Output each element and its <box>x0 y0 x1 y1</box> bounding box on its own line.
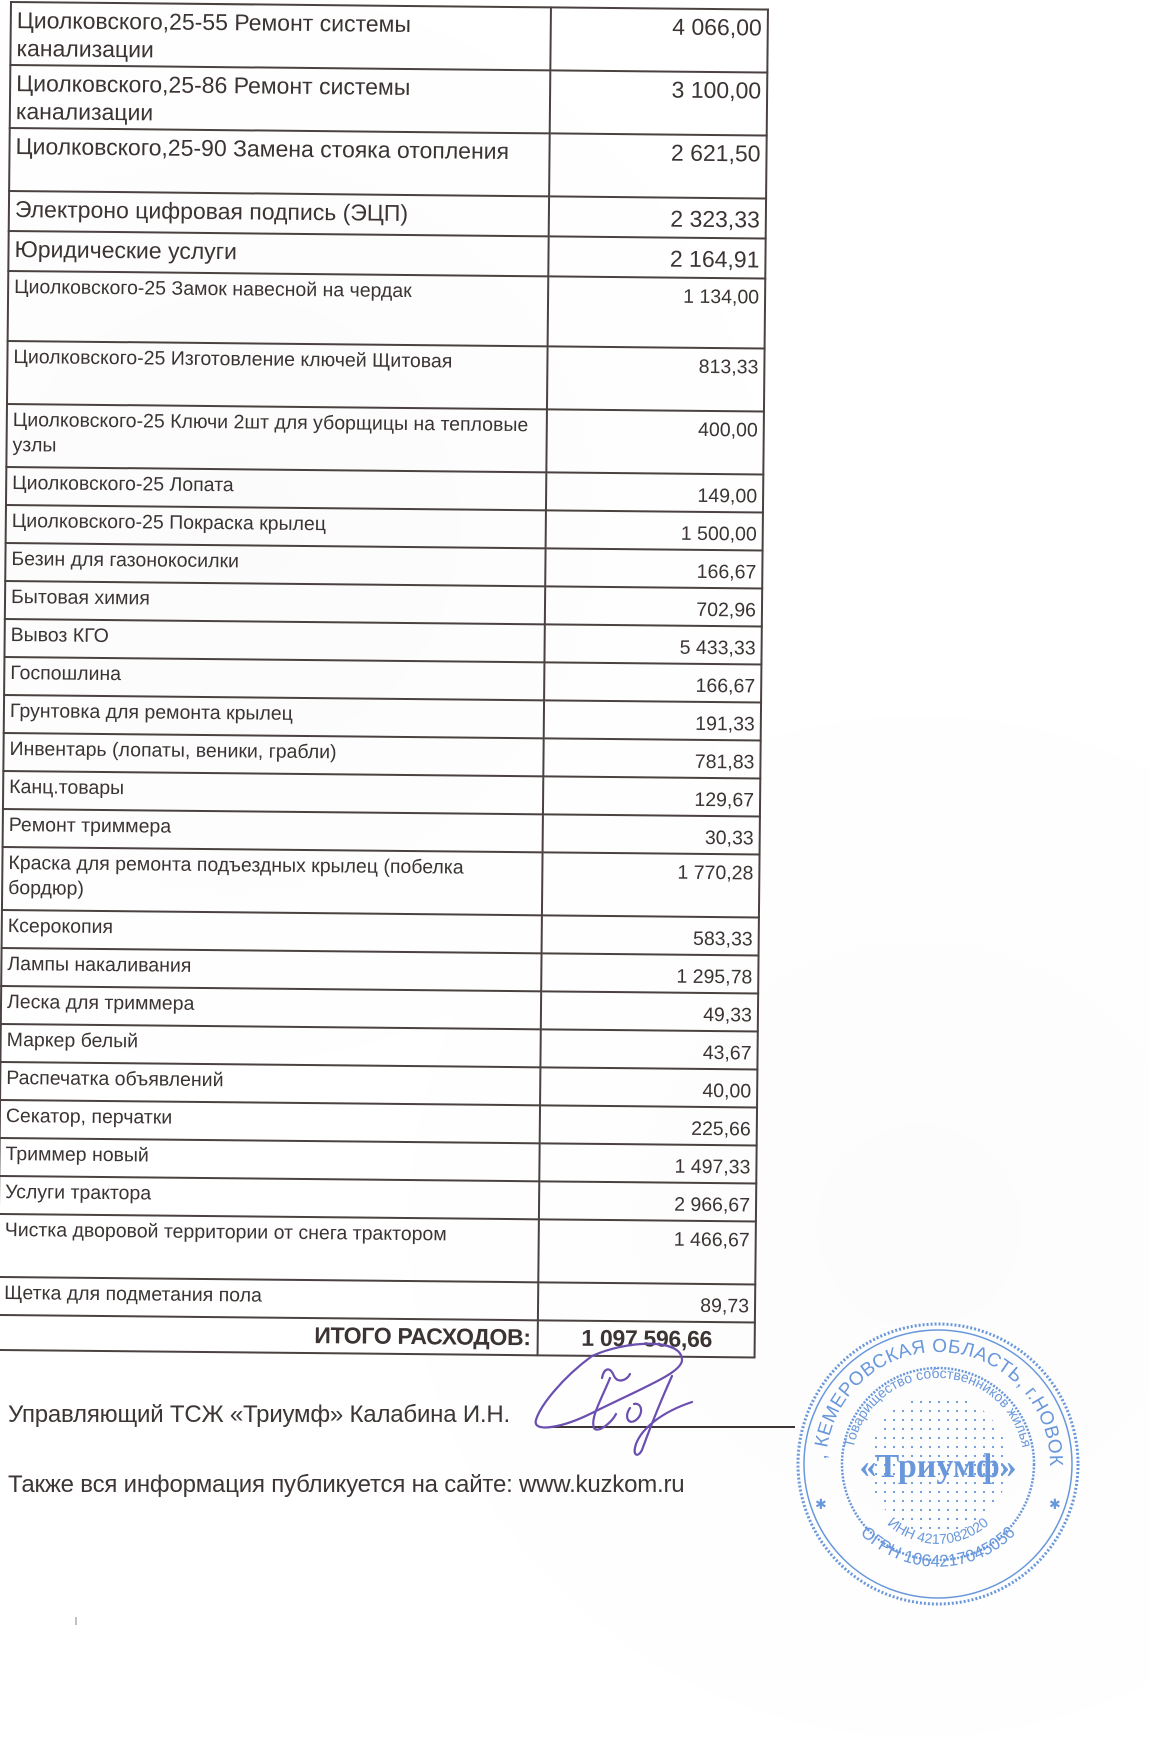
expense-name: Безин для газонокосилки <box>5 543 545 586</box>
expense-name: Циолковского,25-86 Ремонт системы канали… <box>10 65 551 133</box>
expense-amount: 149,00 <box>546 472 763 512</box>
table-row: Циолковского,25-55 Ремонт системы канали… <box>10 2 768 73</box>
organization-stamp: РОССИЯ, КЕМЕРОВСКАЯ ОБЛАСТЬ, г.НОВОКУЗНЕ… <box>793 1319 1083 1609</box>
expense-name: Маркер белый <box>0 1024 540 1067</box>
stamp-center-text: «Триумф» <box>859 1448 1016 1485</box>
expenses-table: Циолковского,25-55 Ремонт системы канали… <box>0 1 769 1358</box>
expense-amount: 30,33 <box>543 814 760 854</box>
expenses-table-container: Циолковского,25-55 Ремонт системы канали… <box>0 1 767 1358</box>
expense-name: Краска для ремонта подъездных крылец (по… <box>2 847 543 915</box>
expense-name: Циолковского,25-90 Замена стояка отоплен… <box>9 128 550 196</box>
expense-name: Циолковского-25 Изготовление ключей Щито… <box>7 341 548 409</box>
expense-name: Госпошлина <box>4 657 544 700</box>
table-row: Чистка дворовой территории от снега трак… <box>0 1214 756 1285</box>
expense-amount: 4 066,00 <box>550 7 768 72</box>
expense-name: Бытовая химия <box>5 581 545 624</box>
expense-name: Триммер новый <box>0 1138 540 1181</box>
expenses-table-body: Циолковского,25-55 Ремонт системы канали… <box>0 2 768 1322</box>
expense-amount: 1 500,00 <box>546 510 763 550</box>
expense-name: Леска для триммера <box>1 986 541 1029</box>
expense-amount: 1 497,33 <box>539 1143 756 1183</box>
expense-name: Ремонт триммера <box>3 809 543 852</box>
expense-amount: 2 164,91 <box>548 236 765 278</box>
expense-amount: 5 433,33 <box>544 624 761 664</box>
expense-amount: 1 134,00 <box>548 276 766 348</box>
signatory-line: Управляющий ТСЖ «Триумф» Калабина И.Н. <box>8 1401 510 1429</box>
expense-amount: 583,33 <box>542 915 759 955</box>
handwritten-signature <box>532 1338 712 1458</box>
table-row: Циолковского-25 Ключи 2шт для уборщицы н… <box>6 404 764 475</box>
expense-name: Инвентарь (лопаты, веники, грабли) <box>3 733 543 776</box>
expense-amount: 2 966,67 <box>539 1181 756 1221</box>
expense-name: Циолковского,25-55 Ремонт системы канали… <box>10 2 551 70</box>
table-row: Циолковского-25 Изготовление ключей Щито… <box>7 341 765 412</box>
expense-amount: 129,67 <box>543 776 760 816</box>
expense-name: Чистка дворовой территории от снега трак… <box>0 1214 539 1282</box>
table-row: Краска для ремонта подъездных крылец (по… <box>2 847 760 918</box>
expense-amount: 1 295,78 <box>541 953 758 993</box>
expense-amount: 2 621,50 <box>549 133 767 198</box>
total-label: ИТОГО РАСХОДОВ: <box>0 1315 538 1355</box>
expense-name: Юридические услуги <box>8 231 548 276</box>
table-row: Циолковского-25 Замок навесной на чердак… <box>8 271 766 349</box>
expense-name: Вывоз КГО <box>4 619 544 662</box>
expense-name: Ксерокопия <box>2 910 542 953</box>
expense-amount: 2 323,33 <box>549 196 766 238</box>
stamp-star-icon: ✱ <box>815 1496 827 1512</box>
expense-name: Канц.товары <box>3 771 543 814</box>
expense-name: Циолковского-25 Ключи 2шт для уборщицы н… <box>6 404 547 472</box>
expense-name: Циолковского-25 Лопата <box>6 467 546 510</box>
expense-amount: 400,00 <box>546 409 764 474</box>
expense-name: Грунтовка для ремонта крылец <box>4 695 544 738</box>
expense-amount: 191,33 <box>544 700 761 740</box>
expense-name: Циолковского-25 Замок навесной на чердак <box>8 271 549 346</box>
expense-amount: 49,33 <box>541 991 758 1031</box>
expense-name: Распечатка объявлений <box>0 1062 540 1105</box>
expense-name: Секатор, перчатки <box>0 1100 540 1143</box>
expense-amount: 781,83 <box>543 738 760 778</box>
expense-name: Лампы накаливания <box>1 948 541 991</box>
scan-speck <box>75 1617 77 1625</box>
table-row: Циолковского,25-90 Замена стояка отоплен… <box>9 128 767 199</box>
expense-amount: 40,00 <box>540 1067 757 1107</box>
table-row: Циолковского,25-86 Ремонт системы канали… <box>10 65 768 136</box>
expense-name: Циолковского-25 Покраска крылец <box>6 505 546 548</box>
expense-name: Щетка для подметания пола <box>0 1277 538 1320</box>
website-note: Также вся информация публикуется на сайт… <box>8 1471 684 1499</box>
expense-amount: 1 466,67 <box>538 1219 756 1284</box>
stamp-star-icon: ✱ <box>1049 1496 1061 1512</box>
expense-amount: 702,96 <box>545 586 762 626</box>
expense-amount: 225,66 <box>540 1105 757 1145</box>
expense-amount: 1 770,28 <box>542 852 760 917</box>
expense-amount: 813,33 <box>547 346 765 411</box>
expense-name: Услуги трактора <box>0 1176 539 1219</box>
expense-amount: 3 100,00 <box>550 70 768 135</box>
expense-amount: 166,67 <box>544 662 761 702</box>
expense-amount: 166,67 <box>545 548 762 588</box>
expense-amount: 89,73 <box>538 1282 755 1322</box>
expense-amount: 43,67 <box>540 1029 757 1069</box>
expense-name: Электроно цифровая подпись (ЭЦП) <box>9 191 549 236</box>
